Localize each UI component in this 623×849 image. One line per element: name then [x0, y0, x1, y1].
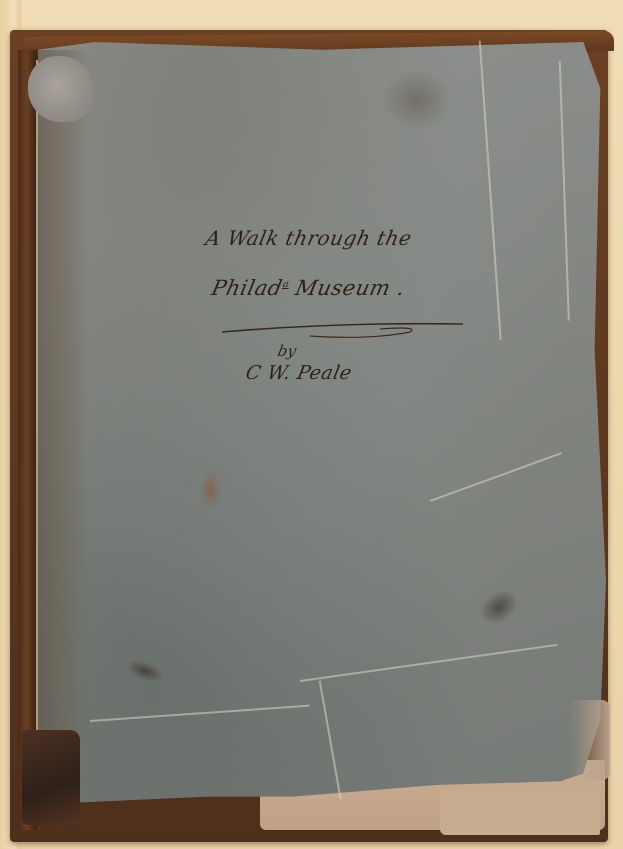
byline-prefix: by — [276, 342, 298, 360]
title-line-2-rest: Museum . — [286, 276, 407, 300]
author-name: C W. Peale — [244, 362, 354, 384]
bottom-left-leather-corner — [22, 730, 80, 825]
underlying-paper-corner — [440, 790, 600, 835]
title-line-2: Philada Museum . — [209, 276, 407, 300]
top-left-corner-patch — [28, 56, 93, 122]
handwritten-title: A Walk through the Philada Museum . by C… — [190, 210, 490, 400]
stain — [200, 470, 222, 510]
right-edge-wear — [570, 700, 610, 780]
spine-wear-band — [38, 50, 88, 750]
flourish-underline — [220, 318, 465, 342]
title-line-1: A Walk through the — [203, 226, 414, 250]
title-line-2-main: Philad — [209, 276, 284, 300]
stain — [382, 70, 452, 130]
